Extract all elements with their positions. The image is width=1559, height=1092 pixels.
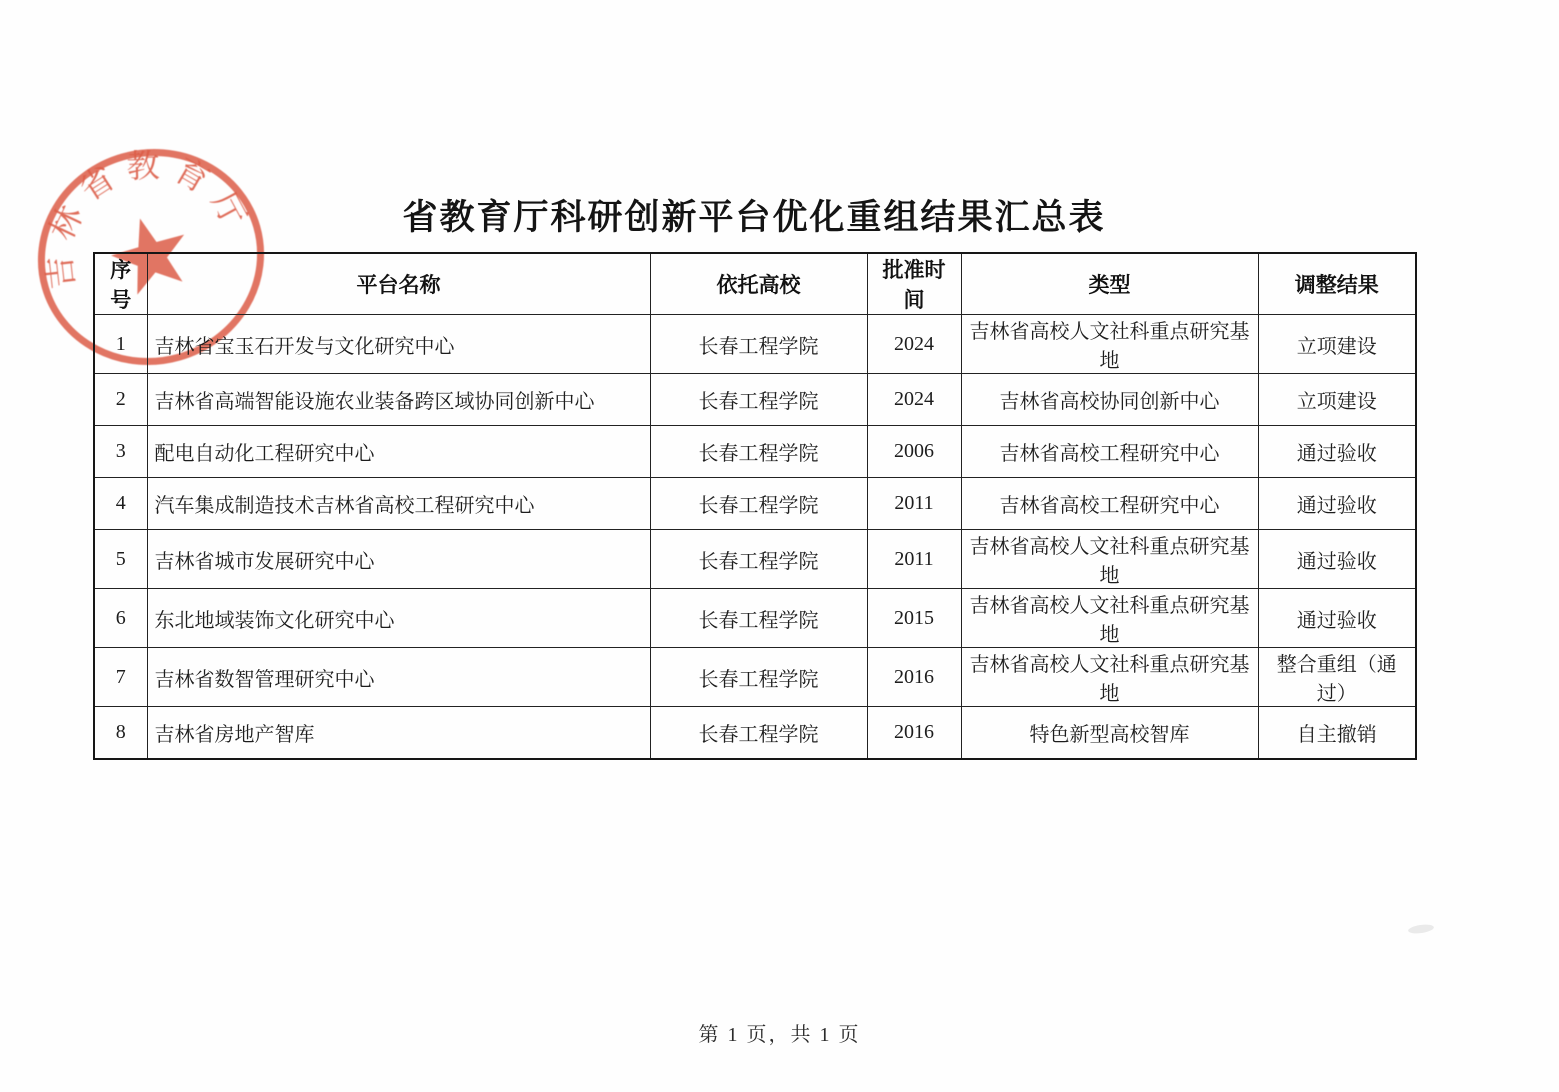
- table-cell: 2011: [867, 530, 961, 589]
- row-number: 3: [94, 426, 147, 478]
- table-row: 3配电自动化工程研究中心长春工程学院2006吉林省高校工程研究中心通过验收: [94, 426, 1416, 478]
- column-header-4: 类型: [961, 253, 1258, 315]
- table-body: 1吉林省宝玉石开发与文化研究中心长春工程学院2024吉林省高校人文社科重点研究基…: [94, 315, 1416, 760]
- table-cell: 长春工程学院: [650, 374, 867, 426]
- table-header-row: 序号平台名称依托高校批准时间类型调整结果: [94, 253, 1416, 315]
- column-header-1: 平台名称: [147, 253, 650, 315]
- column-header-3: 批准时间: [867, 253, 961, 315]
- table-row: 4汽车集成制造技术吉林省高校工程研究中心长春工程学院2011吉林省高校工程研究中…: [94, 478, 1416, 530]
- table-cell: 整合重组（通过）: [1258, 648, 1416, 707]
- table-row: 1吉林省宝玉石开发与文化研究中心长春工程学院2024吉林省高校人文社科重点研究基…: [94, 315, 1416, 374]
- table-row: 2吉林省高端智能设施农业装备跨区域协同创新中心长春工程学院2024吉林省高校协同…: [94, 374, 1416, 426]
- row-number: 7: [94, 648, 147, 707]
- table-cell: 2011: [867, 478, 961, 530]
- table-cell: 吉林省高校人文社科重点研究基地: [961, 648, 1258, 707]
- row-number: 6: [94, 589, 147, 648]
- document-title: 省教育厅科研创新平台优化重组结果汇总表: [93, 190, 1415, 240]
- table-cell: 长春工程学院: [650, 478, 867, 530]
- table-cell: 2016: [867, 648, 961, 707]
- table-cell: 通过验收: [1258, 530, 1416, 589]
- table-cell: 吉林省宝玉石开发与文化研究中心: [147, 315, 650, 374]
- table-cell: 东北地域装饰文化研究中心: [147, 589, 650, 648]
- table-row: 6东北地域装饰文化研究中心长春工程学院2015吉林省高校人文社科重点研究基地通过…: [94, 589, 1416, 648]
- table-cell: 长春工程学院: [650, 707, 867, 760]
- table-cell: 通过验收: [1258, 478, 1416, 530]
- table-cell: 通过验收: [1258, 426, 1416, 478]
- table-cell: 2024: [867, 374, 961, 426]
- row-number: 1: [94, 315, 147, 374]
- table-cell: 2006: [867, 426, 961, 478]
- table-row: 8吉林省房地产智库长春工程学院2016特色新型高校智库自主撤销: [94, 707, 1416, 760]
- row-number: 4: [94, 478, 147, 530]
- table-cell: 吉林省高校人文社科重点研究基地: [961, 589, 1258, 648]
- table-cell: 长春工程学院: [650, 315, 867, 374]
- summary-table: 序号平台名称依托高校批准时间类型调整结果 1吉林省宝玉石开发与文化研究中心长春工…: [93, 252, 1417, 760]
- table-cell: 长春工程学院: [650, 530, 867, 589]
- column-header-5: 调整结果: [1258, 253, 1416, 315]
- table-cell: 吉林省高校工程研究中心: [961, 426, 1258, 478]
- page-number: 第 1 页，共 1 页: [0, 1018, 1559, 1047]
- table-cell: 吉林省高校协同创新中心: [961, 374, 1258, 426]
- table-cell: 2024: [867, 315, 961, 374]
- table-cell: 配电自动化工程研究中心: [147, 426, 650, 478]
- table-cell: 长春工程学院: [650, 648, 867, 707]
- table-cell: 立项建设: [1258, 315, 1416, 374]
- table-cell: 吉林省高校人文社科重点研究基地: [961, 315, 1258, 374]
- table-cell: 吉林省数智管理研究中心: [147, 648, 650, 707]
- row-number: 5: [94, 530, 147, 589]
- column-header-2: 依托高校: [650, 253, 867, 315]
- table-cell: 长春工程学院: [650, 426, 867, 478]
- table-cell: 吉林省高校人文社科重点研究基地: [961, 530, 1258, 589]
- row-number: 2: [94, 374, 147, 426]
- scan-artifact: [1408, 923, 1435, 935]
- table-cell: 2015: [867, 589, 961, 648]
- table-cell: 2016: [867, 707, 961, 760]
- table-cell: 特色新型高校智库: [961, 707, 1258, 760]
- column-header-0: 序号: [94, 253, 147, 315]
- table-cell: 自主撤销: [1258, 707, 1416, 760]
- table-cell: 吉林省高端智能设施农业装备跨区域协同创新中心: [147, 374, 650, 426]
- table-cell: 长春工程学院: [650, 589, 867, 648]
- row-number: 8: [94, 707, 147, 760]
- table-cell: 通过验收: [1258, 589, 1416, 648]
- table-cell: 吉林省房地产智库: [147, 707, 650, 760]
- table-row: 5吉林省城市发展研究中心长春工程学院2011吉林省高校人文社科重点研究基地通过验…: [94, 530, 1416, 589]
- table-cell: 吉林省城市发展研究中心: [147, 530, 650, 589]
- table-cell: 汽车集成制造技术吉林省高校工程研究中心: [147, 478, 650, 530]
- table-row: 7吉林省数智管理研究中心长春工程学院2016吉林省高校人文社科重点研究基地整合重…: [94, 648, 1416, 707]
- table-cell: 吉林省高校工程研究中心: [961, 478, 1258, 530]
- table-cell: 立项建设: [1258, 374, 1416, 426]
